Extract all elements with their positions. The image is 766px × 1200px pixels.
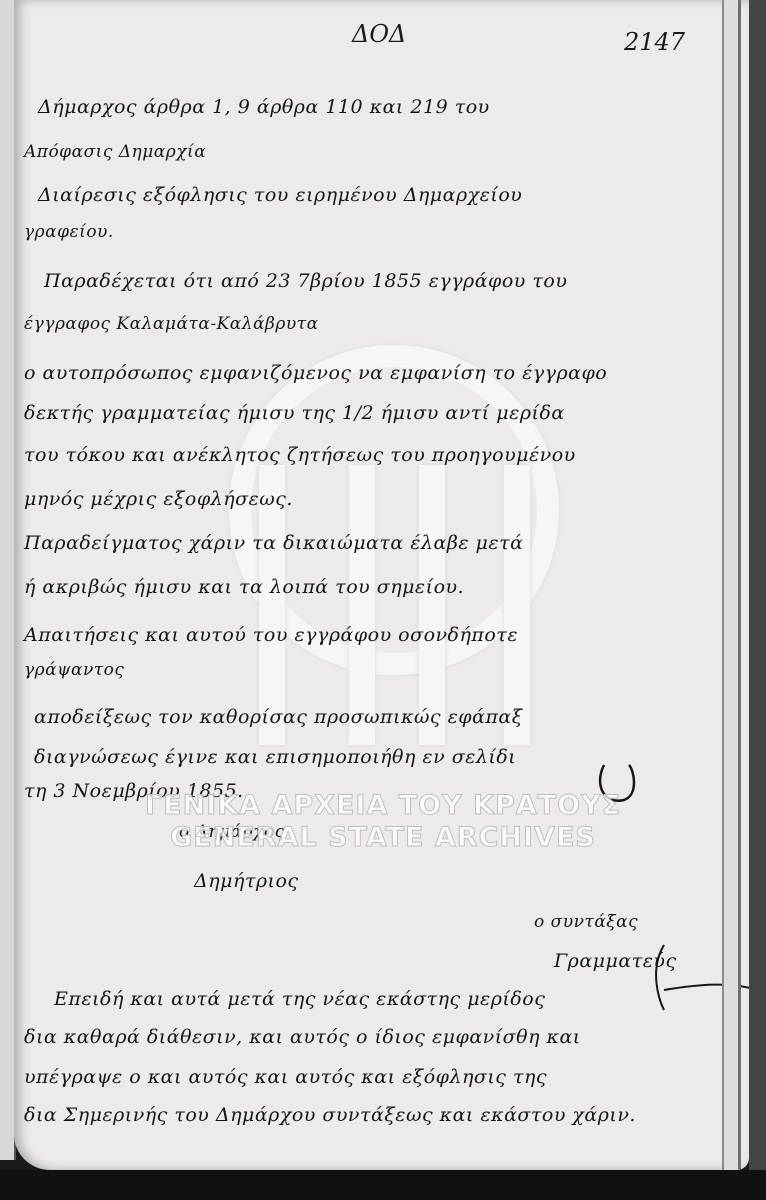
manuscript-line: έγγραφος Καλαμάτα-Καλάβρυτα [24,314,319,334]
footer-line: δια καθαρά διάθεσιν, και αυτός ο ίδιος ε… [24,1026,581,1048]
manuscript-line: ή ακριβώς ήμισυ και τα λοιπά του σημείου… [24,576,464,598]
manuscript-line: του τόκου και ανέκλητος ζητήσεως του προ… [24,444,576,466]
manuscript-line: μηνός μέχρις εξοφλήσεως. [24,488,293,510]
signature-title: ο συντάξας [534,912,638,932]
archive-watermark-greek: ΓΕΝΙΚΑ ΑΡΧΕΙΑ ΤΟΥ ΚΡΑΤΟΥΣ [0,790,766,821]
manuscript-line: γράψαντος [24,660,124,680]
manuscript-page: ΔΟΔ 2147 Δήμαρχος άρθρα 1, 9 άρθρα 110 κ… [14,0,749,1170]
manuscript-line: Απαιτήσεις και αυτού του εγγράφου οσονδή… [24,624,518,646]
official-signature: Δημήτριος [194,870,299,892]
page-number: 2147 [624,28,685,56]
manuscript-line: Παραδέχεται ότι από 23 7βρίου 1855 εγγρά… [44,270,567,292]
manuscript-line: διαγνώσεως έγινε και επισημοποιήθη εν σε… [34,746,516,768]
manuscript-line: γραφείου. [24,222,114,242]
book-binding-edge [749,0,766,1200]
archive-watermark-english: GENERAL STATE ARCHIVES [0,822,766,853]
footer-line: δια Σημερινής του Δημάρχου συντάξεως και… [24,1104,636,1126]
footer-line: υπέγραψε ο και αυτός και αυτός και εξόφλ… [24,1066,547,1088]
footer-line: Επειδή και αυτά μετά της νέας εκάστης με… [54,988,545,1010]
manuscript-line: Απόφασις Δημαρχία [24,142,206,162]
folio-top-mark: ΔΟΔ [352,20,406,48]
manuscript-line: Διαίρεσις εξόφλησις του ειρημένου Δημαρχ… [38,184,522,206]
manuscript-line: ο αυτοπρόσωπος εμφανιζόμενος να εμφανίση… [24,362,607,384]
manuscript-line: δεκτής γραμματείας ήμισυ της 1/2 ήμισυ α… [24,402,565,424]
scan-bottom-border [0,1170,766,1200]
manuscript-line: Δήμαρχος άρθρα 1, 9 άρθρα 110 και 219 το… [38,96,490,118]
signature-flourish [644,940,749,1020]
manuscript-line: Παραδείγματος χάριν τα δικαιώματα έλαβε … [24,532,523,554]
manuscript-line: αποδείξεως τον καθορίσας προσωπικώς εφάπ… [34,706,523,728]
